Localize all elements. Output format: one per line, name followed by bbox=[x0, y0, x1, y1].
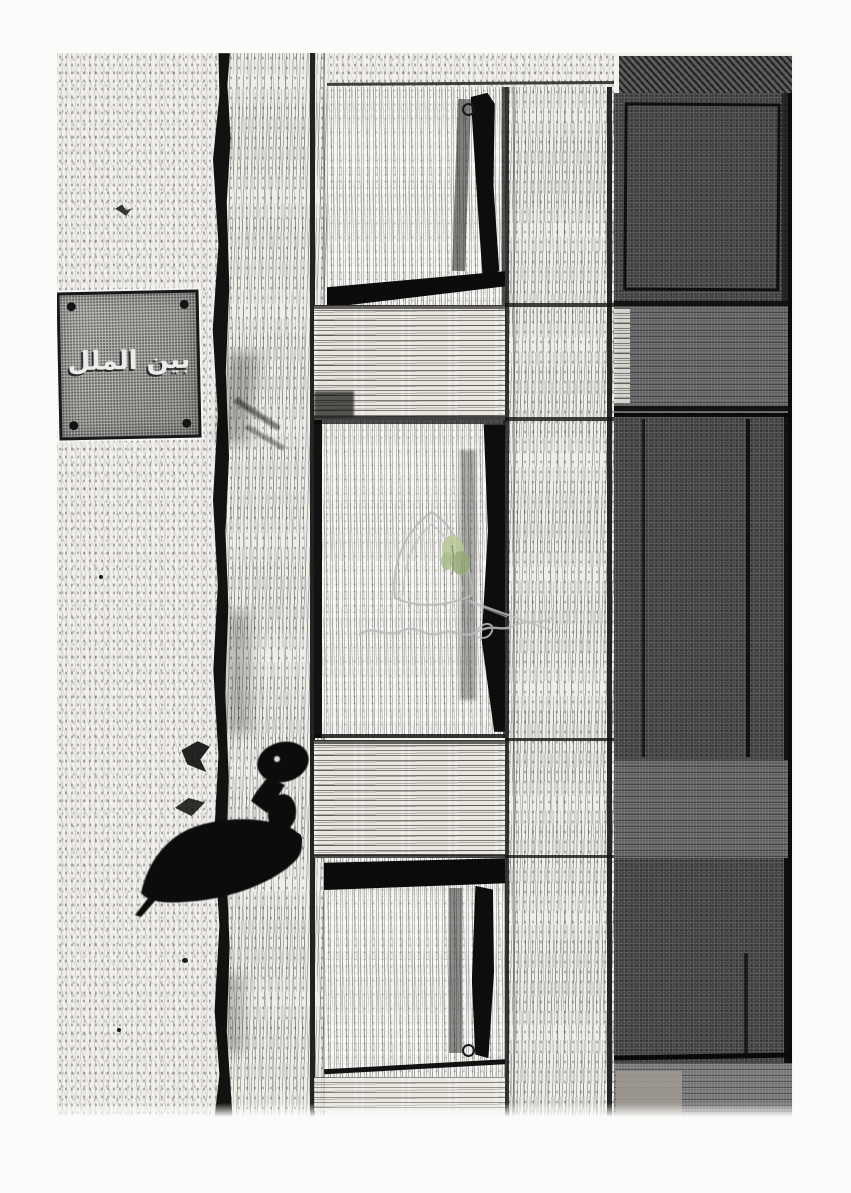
handle-tail bbox=[135, 897, 155, 917]
dark-top-hatch bbox=[619, 56, 792, 96]
door-photograph: بين الملل bbox=[57, 53, 793, 1117]
panel-nail bbox=[462, 103, 475, 116]
watermark-leaf-icon bbox=[441, 535, 470, 575]
divider-cross-line bbox=[505, 303, 614, 307]
dark-column-right-edge bbox=[788, 93, 792, 1063]
door-handle bbox=[127, 729, 327, 929]
panel-shadow-streak bbox=[449, 888, 462, 1053]
plaque-text: بين الملل bbox=[59, 289, 198, 434]
watermark-graphic bbox=[357, 505, 569, 663]
wall-speck bbox=[117, 1028, 121, 1032]
dark-rail-upper bbox=[614, 306, 792, 413]
dark-rail-light-patch bbox=[614, 308, 630, 403]
name-plaque: بين الملل bbox=[57, 290, 202, 441]
wall-speck bbox=[182, 958, 188, 963]
gap-smudge bbox=[225, 613, 251, 733]
panel-bottom-line bbox=[324, 1059, 514, 1075]
wall-mark bbox=[114, 203, 132, 217]
dark-cross-line bbox=[614, 406, 792, 411]
dark-panel-top bbox=[614, 93, 792, 303]
dark-panel-frame bbox=[623, 102, 780, 291]
dark-panel-line bbox=[642, 419, 645, 757]
panel-shadow-streak bbox=[452, 99, 471, 271]
print-bottom-fade bbox=[57, 1103, 793, 1117]
door-panel-bottom bbox=[324, 858, 509, 1077]
archive-watermark bbox=[357, 505, 569, 663]
divider-cross-line bbox=[505, 738, 614, 741]
handle-latch-bar bbox=[141, 819, 302, 902]
door-panel-top bbox=[327, 87, 505, 305]
gap-smudge bbox=[221, 973, 243, 1053]
dark-panel-bottom-line bbox=[614, 1052, 792, 1060]
handle-glint bbox=[274, 756, 280, 762]
wall-texture: بين الملل bbox=[57, 53, 219, 1117]
dark-panel-middle bbox=[614, 413, 792, 760]
watermark-signature bbox=[359, 601, 553, 638]
panel-nail bbox=[462, 1044, 475, 1057]
door-handle-silhouette bbox=[127, 729, 327, 929]
dark-panel-line bbox=[614, 413, 792, 417]
panel-frame-line bbox=[314, 420, 322, 738]
divider-cross-line bbox=[505, 417, 614, 421]
dark-panel-line bbox=[744, 953, 748, 1058]
divider-line bbox=[607, 87, 612, 1117]
door-dark-column bbox=[614, 53, 792, 1117]
door-gap-stripe bbox=[205, 53, 237, 1117]
panel-shadow-streak bbox=[471, 93, 500, 278]
panel-bottom-shadow bbox=[327, 271, 513, 307]
panel-frame-line bbox=[314, 734, 507, 738]
rail-smudge bbox=[314, 391, 354, 417]
dark-panel-line bbox=[746, 419, 750, 757]
panel-frame-line bbox=[314, 420, 507, 424]
wall-speck bbox=[99, 575, 103, 579]
plaque-plate: بين الملل bbox=[57, 290, 202, 441]
panel-top-shadow bbox=[324, 858, 514, 890]
panel-shadow-streak bbox=[471, 886, 495, 1058]
dark-rail-lower bbox=[614, 760, 792, 858]
gap-stripe-body bbox=[205, 53, 237, 1117]
handle-knob bbox=[253, 736, 313, 787]
jamb-scratch bbox=[245, 424, 286, 450]
dark-panel-bottom bbox=[614, 858, 792, 1063]
divider-cross-line bbox=[505, 855, 614, 858]
page: بين الملل bbox=[0, 0, 851, 1193]
